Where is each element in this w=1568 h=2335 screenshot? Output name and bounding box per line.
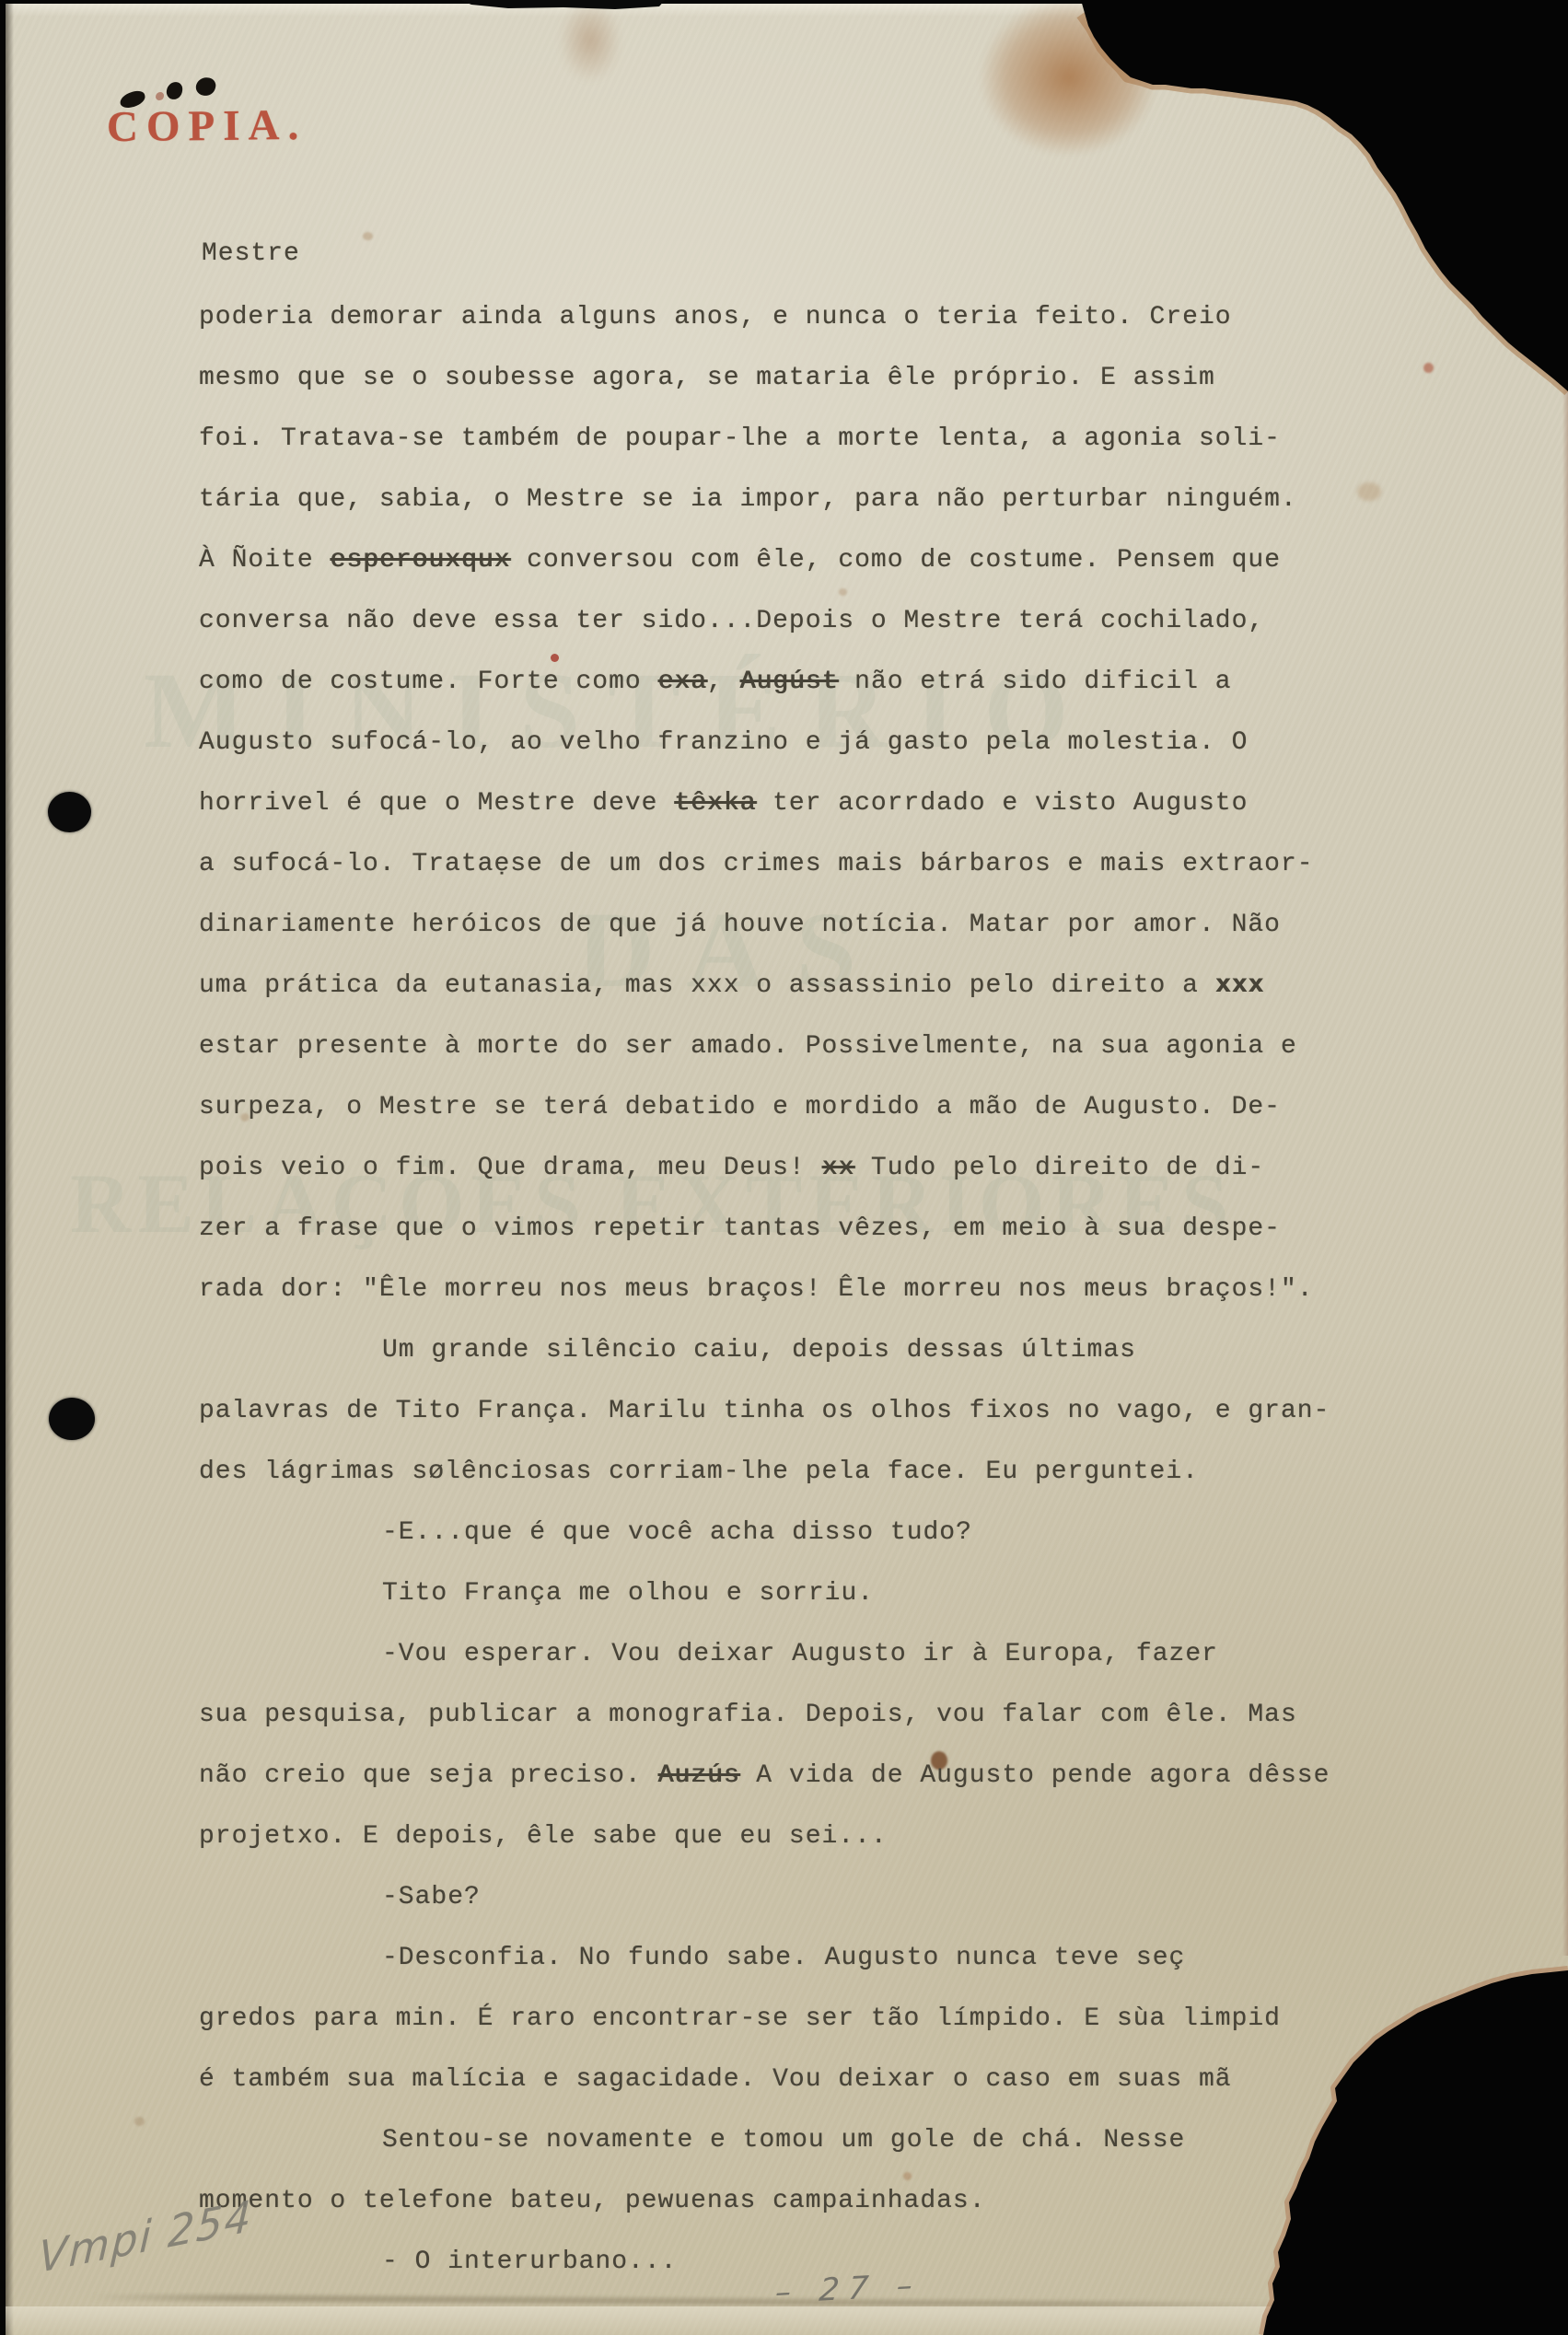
typewritten-line: des lágrimas sølênciosas corriam-lhe pel…	[199, 1442, 1543, 1503]
line-text: uma prática da eutanasia, mas xxx o assa…	[199, 971, 1215, 1000]
typewritten-line: uma prática da eutanasia, mas xxx o assa…	[199, 956, 1543, 1016]
ink-blot	[194, 76, 217, 98]
overstruck-text: esperouxqux	[330, 546, 510, 575]
line-text: estar presente à morte do ser amado. Pos…	[199, 1032, 1297, 1061]
line-text: Um grande silêncio caiu, depois dessas ú…	[382, 1336, 1136, 1365]
document-page: MINISTÉRIO DAS RELAÇÕES EXTERIORES COPIA…	[6, 4, 1568, 2335]
punch-hole	[49, 1398, 95, 1440]
typewritten-line: mesmo que se o soubesse agora, se matari…	[199, 348, 1543, 409]
typewritten-line: foi. Tratava-se também de poupar-lhe a m…	[199, 409, 1543, 470]
line-text: como de costume. Forte como	[199, 668, 657, 696]
overstruck-text: exa	[657, 668, 706, 696]
typewritten-line: zer a frase que o vimos repetir tantas v…	[199, 1199, 1543, 1260]
typewritten-line: À Ñoite esperouxqux conversou com êle, c…	[199, 530, 1543, 591]
typewritten-line: a sufocá-lo. Trataẹse de um dos crimes m…	[199, 834, 1543, 895]
line-text: a sufocá-lo. Trataẹse de um dos crimes m…	[199, 850, 1314, 878]
line-text: dinariamente heróicos de que já houve no…	[199, 911, 1281, 939]
line-text: -E...que é que você acha disso tudo?	[382, 1518, 972, 1547]
burn-stain	[954, 0, 1184, 179]
line-text: -Desconfia. No fundo sabe. Augusto nunca…	[382, 1944, 1185, 1972]
line-text: conversou com êle, como de costume. Pens…	[510, 546, 1281, 575]
typewritten-line: -Desconfia. No fundo sabe. Augusto nunca…	[199, 1928, 1543, 1989]
line-text: momento o telefone bateu, pewuenas campa…	[199, 2187, 986, 2215]
line-text: horrivel é que o Mestre deve	[199, 789, 674, 818]
copia-stamp: COPIA.	[107, 100, 308, 152]
overstruck-text: têxka	[674, 789, 756, 818]
line-text: des lágrimas sølênciosas corriam-lhe pel…	[199, 1458, 1199, 1486]
typewritten-line: rada dor: "Êle morreu nos meus braços! Ê…	[199, 1260, 1543, 1320]
typewritten-line: Augusto sufocá-lo, ao velho franzino e j…	[199, 713, 1543, 773]
line-text: - O interurbano...	[382, 2248, 677, 2276]
paper-top-sheen	[6, 4, 1568, 17]
typewritten-line: Sentou-se novamente e tomou um gole de c…	[199, 2110, 1543, 2171]
typewritten-line: não creio que seja preciso. Auzús A vida…	[199, 1746, 1543, 1806]
typewritten-line: sua pesquisa, publicar a monografia. Dep…	[199, 1685, 1543, 1746]
line-text: rada dor: "Êle morreu nos meus braços! Ê…	[199, 1275, 1314, 1304]
line-text: sua pesquisa, publicar a monografia. Dep…	[199, 1701, 1297, 1729]
line-text: ter acorrdado e visto Augusto	[756, 789, 1248, 818]
overstruck-text: Augúst	[740, 668, 839, 696]
line-text: projetxo. E depois, êle sabe que eu sei.…	[199, 1822, 888, 1851]
overstruck-text: Auzús	[657, 1761, 739, 1790]
typewritten-line: horrivel é que o Mestre deve têxka ter a…	[199, 773, 1543, 834]
line-text: pois veio o fim. Que drama, meu Deus!	[199, 1154, 822, 1182]
line-text: À Ñoite	[199, 546, 330, 575]
text-lines: poderia demorar ainda alguns anos, e nun…	[199, 287, 1543, 2293]
paper-left-edge	[6, 4, 14, 2335]
line-text: Tudo pelo direito de di-	[854, 1154, 1264, 1182]
typewritten-line: -Sabe?	[199, 1867, 1543, 1928]
line-text: conversa não deve essa ter sido...Depois…	[199, 607, 1264, 635]
typewritten-line: Um grande silêncio caiu, depois dessas ú…	[199, 1320, 1543, 1381]
punch-hole	[48, 792, 91, 832]
line-text: palavras de Tito França. Marilu tinha os…	[199, 1397, 1330, 1425]
line-text: surpeza, o Mestre se terá debatido e mor…	[199, 1093, 1281, 1121]
typewritten-line: estar presente à morte do ser amado. Pos…	[199, 1016, 1543, 1077]
line-text: tária que, sabia, o Mestre se ia impor, …	[199, 485, 1297, 514]
ink-blot	[166, 81, 183, 100]
typewritten-line: poderia demorar ainda alguns anos, e nun…	[199, 287, 1543, 348]
line-text: Sentou-se novamente e tomou um gole de c…	[382, 2126, 1185, 2155]
overstruck-text: xxx	[1215, 971, 1264, 1000]
line-text: Tito França me olhou e sorriu.	[382, 1579, 874, 1608]
overstruck-text: xx	[822, 1154, 855, 1182]
typewritten-line: momento o telefone bateu, pewuenas campa…	[199, 2171, 1543, 2232]
line-text: mesmo que se o soubesse agora, se matari…	[199, 364, 1215, 392]
typewritten-line: tária que, sabia, o Mestre se ia impor, …	[199, 470, 1543, 530]
line-text: não creio que seja preciso.	[199, 1761, 657, 1790]
typewritten-line: conversa não deve essa ter sido...Depois…	[199, 591, 1543, 652]
typewritten-line: surpeza, o Mestre se terá debatido e mor…	[199, 1077, 1543, 1138]
typewritten-line: -Vou esperar. Vou deixar Augusto ir à Eu…	[199, 1624, 1543, 1685]
line-text: zer a frase que o vimos repetir tantas v…	[199, 1214, 1281, 1243]
typewritten-line: como de costume. Forte como exa, Augúst …	[199, 652, 1543, 713]
catchword-mestre: Mestre	[202, 239, 300, 268]
line-text: gredos para min. É raro encontrar-se ser…	[199, 2004, 1281, 2033]
paper-right-edge	[1562, 4, 1568, 1956]
typewritten-line: -E...que é que você acha disso tudo?	[199, 1503, 1543, 1563]
line-text: ,	[707, 668, 740, 696]
line-text: -Vou esperar. Vou deixar Augusto ir à Eu…	[382, 1640, 1218, 1668]
line-text: não etrá sido dificil a	[838, 668, 1231, 696]
line-text: -Sabe?	[382, 1883, 481, 1911]
ink-blot	[156, 92, 164, 100]
line-text: foi. Tratava-se também de poupar-lhe a m…	[199, 424, 1281, 453]
typewritten-line: gredos para min. É raro encontrar-se ser…	[199, 1989, 1543, 2050]
foxing-spot	[134, 2117, 145, 2126]
scanned-document: { "page": { "width": 1703, "height": 253…	[0, 0, 1568, 2335]
line-text: A vida de Augusto pende agora dêsse	[740, 1761, 1330, 1790]
line-text: poderia demorar ainda alguns anos, e nun…	[199, 303, 1232, 331]
line-text: Augusto sufocá-lo, ao velho franzino e j…	[199, 728, 1248, 757]
line-text: é também sua malícia e sagacidade. Vou d…	[199, 2065, 1232, 2094]
typewritten-line: pois veio o fim. Que drama, meu Deus! xx…	[199, 1138, 1543, 1199]
paper-smudge	[549, 0, 632, 96]
typewritten-line: palavras de Tito França. Marilu tinha os…	[199, 1381, 1543, 1442]
bottom-fold-highlight	[6, 2306, 1295, 2335]
foxing-spot	[363, 232, 373, 240]
typewritten-line: é também sua malícia e sagacidade. Vou d…	[199, 2050, 1543, 2110]
typewritten-line: Tito França me olhou e sorriu.	[199, 1563, 1543, 1624]
typewritten-line: projetxo. E depois, êle sabe que eu sei.…	[199, 1806, 1543, 1867]
handwritten-page-number: – 27 –	[773, 2267, 923, 2312]
typewritten-line: dinariamente heróicos de que já houve no…	[199, 895, 1543, 956]
